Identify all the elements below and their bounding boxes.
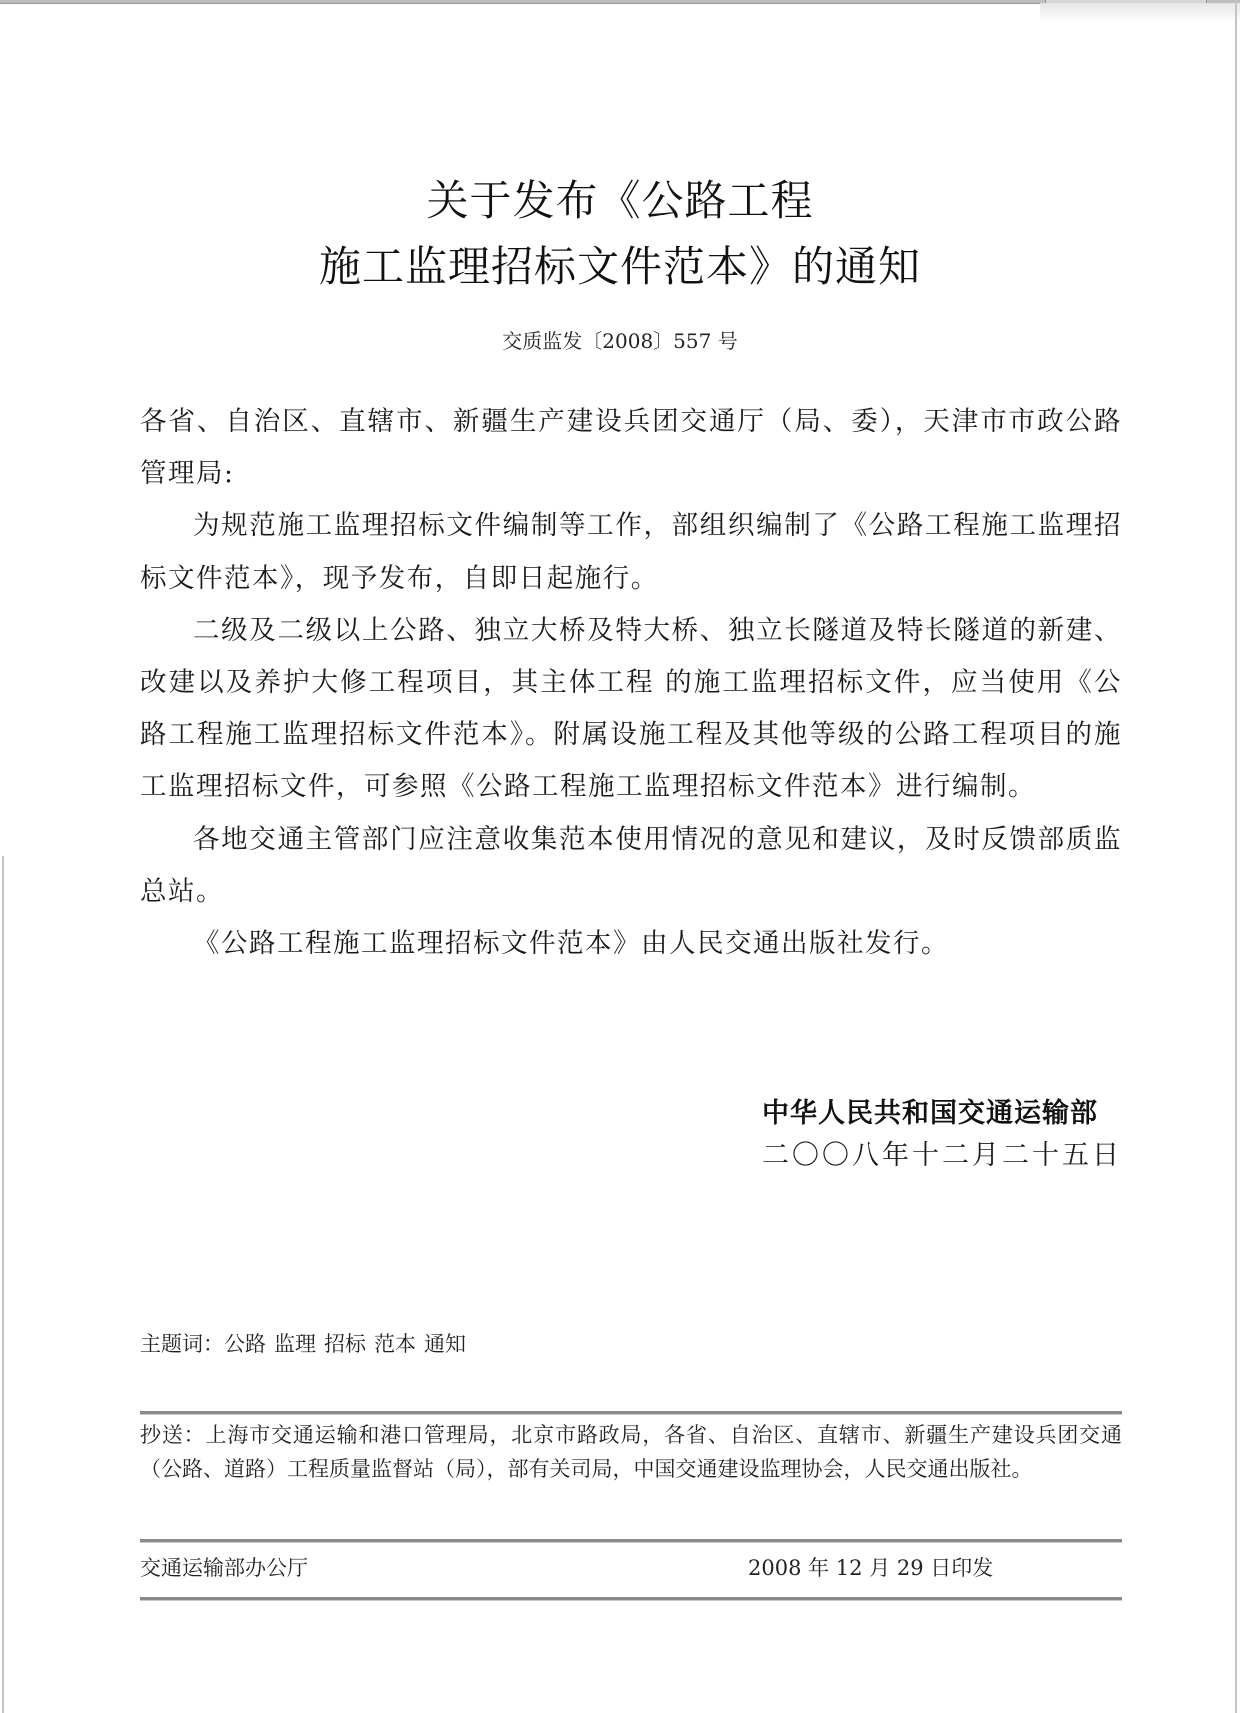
paragraph: 二级及二级以上公路、独立大桥及特大桥、独立长隧道及特长隧道的新建、改建以及养护大…: [140, 605, 1122, 814]
document-body: 各省、自治区、直辖市、新疆生产建设兵团交通厅（局、委），天津市市政公路管理局: …: [140, 396, 1122, 970]
print-date: 2008 年 12 月 29 日印发: [748, 1552, 993, 1582]
keyword: 通知: [424, 1332, 466, 1356]
document-title: 关于发布《公路工程 施工监理招标文件范本》的通知: [0, 168, 1240, 300]
page-edge-left: [2, 856, 4, 1713]
paragraph: 为规范施工监理招标文件编制等工作，部组织编制了《公路工程施工监理招标文件范本》，…: [140, 500, 1122, 604]
divider-rule: [140, 1539, 1122, 1543]
divider-rule: [140, 1597, 1122, 1601]
divider-rule: [140, 1411, 1122, 1415]
addressee: 各省、自治区、直辖市、新疆生产建设兵团交通厅（局、委），天津市市政公路管理局:: [140, 396, 1122, 500]
keyword: 招标: [324, 1332, 366, 1356]
keywords-label: 主题词：: [140, 1332, 224, 1356]
signing-organization: 中华人民共和国交通运输部: [762, 1093, 1122, 1135]
issuing-office: 交通运输部办公厅: [140, 1552, 308, 1582]
title-line-1: 关于发布《公路工程: [0, 168, 1240, 234]
paragraph: 《公路工程施工监理招标文件范本》由人民交通出版社发行。: [140, 918, 1122, 970]
document-number: 交质监发〔2008〕557 号: [0, 325, 1240, 354]
toolbar-shadow: [1040, 3, 1240, 23]
keywords-line: 主题词：公路监理招标范本通知: [140, 1328, 474, 1358]
paragraph: 各地交通主管部门应注意收集范本使用情况的意见和建议，及时反馈部质监总站。: [140, 814, 1122, 918]
title-line-2: 施工监理招标文件范本》的通知: [0, 234, 1240, 300]
cc-list: 抄送：上海市交通运输和港口管理局，北京市路政局，各省、自治区、直辖市、新疆生产建…: [140, 1419, 1122, 1486]
keyword: 范本: [374, 1332, 416, 1356]
keyword: 公路: [224, 1332, 266, 1356]
signature-block: 中华人民共和国交通运输部 二〇〇八年十二月二十五日: [762, 1093, 1122, 1177]
keyword: 监理: [274, 1332, 316, 1356]
signing-date: 二〇〇八年十二月二十五日: [762, 1135, 1122, 1177]
